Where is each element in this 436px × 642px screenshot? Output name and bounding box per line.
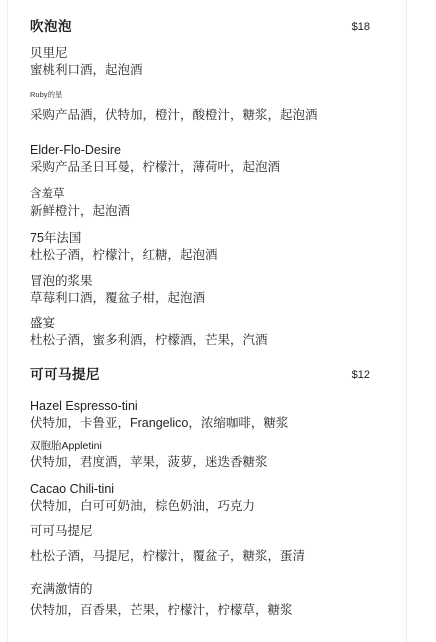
menu-item: Elder-Flo-Desire 采购产品圣日耳曼，柠檬汁，薄荷叶，起泡酒 — [30, 142, 406, 176]
item-name: 含羞草 — [30, 186, 406, 203]
item-ingredients: 新鲜橙汁，起泡酒 — [30, 203, 406, 220]
menu-section: 吹泡泡 $18 贝里尼 蜜桃利口酒，起泡酒 Ruby的星 采购产品酒，伏特加，橙… — [30, 18, 406, 349]
item-ingredients: 伏特加，卡鲁亚，Frangelico，浓缩咖啡，糖浆 — [30, 415, 406, 432]
item-name: 盛宴 — [30, 315, 406, 332]
item-ingredients: 采购产品酒，伏特加，橙汁，酸橙汁，糖浆，起泡酒 — [30, 107, 406, 124]
menu-section: 可可马提尼 $12 Hazel Espresso-tini 伏特加，卡鲁亚，Fr… — [30, 366, 406, 619]
menu-item: 双胞胎Appletini 伏特加，君度酒，苹果，菠萝，迷迭香糖浆 — [30, 439, 406, 471]
item-ingredients: 伏特加，白可可奶油，棕色奶油，巧克力 — [30, 498, 406, 515]
menu-item: 可可马提尼 杜松子酒，马提尼，柠檬汁，覆盆子，糖浆，蛋清 — [30, 523, 406, 565]
item-name: Cacao Chili-tini — [30, 481, 406, 498]
item-name: 双胞胎Appletini — [30, 439, 406, 454]
menu-page: 吹泡泡 $18 贝里尼 蜜桃利口酒，起泡酒 Ruby的星 采购产品酒，伏特加，橙… — [7, 0, 407, 642]
item-name: 冒泡的浆果 — [30, 273, 406, 290]
item-name: Ruby的星 — [30, 89, 406, 100]
menu-item: 充满激情的 伏特加，百香果，芒果，柠檬汁，柠檬草，糖浆 — [30, 581, 406, 619]
menu-item: 盛宴 杜松子酒，蜜多利酒，柠檬酒，芒果，汽酒 — [30, 315, 406, 349]
item-name: 充满激情的 — [30, 581, 406, 598]
section-items: Hazel Espresso-tini 伏特加，卡鲁亚，Frangelico，浓… — [30, 398, 406, 619]
item-ingredients: 杜松子酒，柠檬汁，红糖，起泡酒 — [30, 247, 406, 264]
item-ingredients: 伏特加，百香果，芒果，柠檬汁，柠檬草，糖浆 — [30, 602, 406, 619]
section-header: 吹泡泡 $18 — [30, 18, 406, 36]
item-name: Elder-Flo-Desire — [30, 142, 406, 159]
section-title: 可可马提尼 — [30, 366, 100, 384]
section-title: 吹泡泡 — [30, 18, 72, 36]
item-ingredients: 杜松子酒，蜜多利酒，柠檬酒，芒果，汽酒 — [30, 332, 406, 349]
item-ingredients: 采购产品圣日耳曼，柠檬汁，薄荷叶，起泡酒 — [30, 159, 406, 176]
menu-item: 含羞草 新鲜橙汁，起泡酒 — [30, 186, 406, 220]
menu-item: 75年法国 杜松子酒，柠檬汁，红糖，起泡酒 — [30, 230, 406, 264]
section-price: $18 — [352, 20, 370, 35]
section-price: $12 — [352, 368, 370, 383]
menu-item: Cacao Chili-tini 伏特加，白可可奶油，棕色奶油，巧克力 — [30, 481, 406, 515]
section-header: 可可马提尼 $12 — [30, 366, 406, 384]
item-name: 75年法国 — [30, 230, 406, 247]
menu-item: Hazel Espresso-tini 伏特加，卡鲁亚，Frangelico，浓… — [30, 398, 406, 432]
menu-item: 贝里尼 蜜桃利口酒，起泡酒 — [30, 45, 406, 79]
item-ingredients: 蜜桃利口酒，起泡酒 — [30, 62, 406, 79]
menu-item: Ruby的星 采购产品酒，伏特加，橙汁，酸橙汁，糖浆，起泡酒 — [30, 89, 406, 124]
item-name: Hazel Espresso-tini — [30, 398, 406, 415]
menu: 吹泡泡 $18 贝里尼 蜜桃利口酒，起泡酒 Ruby的星 采购产品酒，伏特加，橙… — [8, 0, 406, 619]
item-ingredients: 杜松子酒，马提尼，柠檬汁，覆盆子，糖浆，蛋清 — [30, 548, 406, 565]
item-name: 贝里尼 — [30, 45, 406, 62]
section-items: 贝里尼 蜜桃利口酒，起泡酒 Ruby的星 采购产品酒，伏特加，橙汁，酸橙汁，糖浆… — [30, 45, 406, 349]
item-ingredients: 草莓利口酒，覆盆子柑，起泡酒 — [30, 290, 406, 307]
menu-item: 冒泡的浆果 草莓利口酒，覆盆子柑，起泡酒 — [30, 273, 406, 307]
item-ingredients: 伏特加，君度酒，苹果，菠萝，迷迭香糖浆 — [30, 454, 406, 471]
item-name: 可可马提尼 — [30, 523, 406, 540]
